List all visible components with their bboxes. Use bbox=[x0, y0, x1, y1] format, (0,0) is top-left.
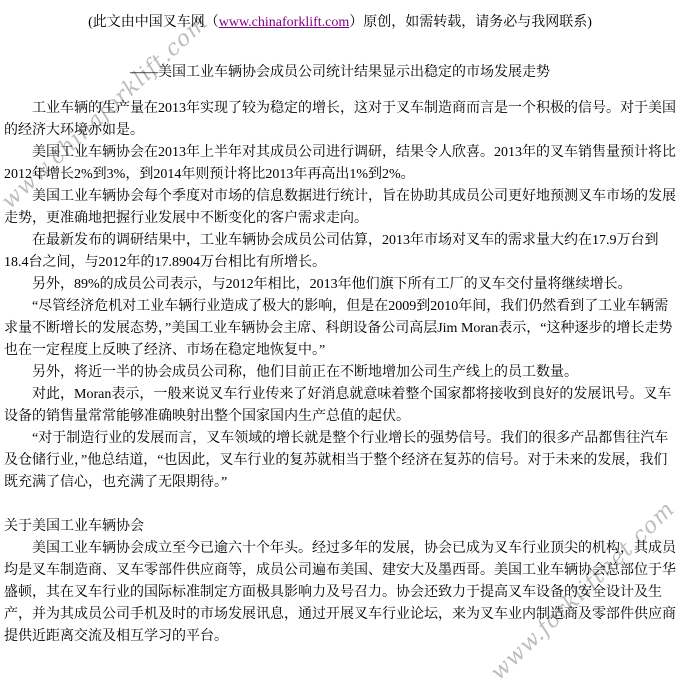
paragraph: 美国工业车辆协会在2013年上半年对其成员公司进行调研，结果令人欣喜。2013年… bbox=[4, 142, 676, 186]
paragraph: “对于制造行业的发展而言，叉车领域的增长就是整个行业增长的强势信号。我们的很多产… bbox=[4, 428, 676, 494]
paragraph: 在最新发布的调研结果中，工业车辆协会成员公司估算，2013年市场对叉车的需求量大… bbox=[4, 230, 676, 274]
source-note-prefix: (此文由中国叉车网（ bbox=[88, 15, 219, 30]
paragraph: 工业车辆的生产量在2013年实现了较为稳定的增长，这对于叉车制造商而言是一个积极… bbox=[4, 98, 676, 142]
paragraph: 美国工业车辆协会每个季度对市场的信息数据进行统计，旨在协助其成员公司更好地预测叉… bbox=[4, 186, 676, 230]
article-content: (此文由中国叉车网（www.chinaforklift.com）原创，如需转载，… bbox=[0, 0, 680, 648]
section-heading: 关于美国工业车辆协会 bbox=[4, 516, 676, 538]
paragraph: 另外，将近一半的协会成员公司称，他们目前正在不断地增加公司生产线上的员工数量。 bbox=[4, 362, 676, 384]
article-page: www.chinaforklift.com www.forkliftnet.co… bbox=[0, 0, 680, 684]
article-title: ——美国工业车辆协会成员公司统计结果显示出稳定的市场发展走势 bbox=[4, 62, 676, 84]
source-note-suffix: ）原创，如需转载，请务必与我网联系) bbox=[349, 15, 592, 30]
source-link[interactable]: www.chinaforklift.com bbox=[219, 15, 350, 30]
article-body: 工业车辆的生产量在2013年实现了较为稳定的增长，这对于叉车制造商而言是一个积极… bbox=[4, 98, 676, 494]
paragraph: 对此，Moran表示，一般来说叉车行业传来了好消息就意味着整个国家都将接收到良好… bbox=[4, 384, 676, 428]
source-note: (此文由中国叉车网（www.chinaforklift.com）原创，如需转载，… bbox=[4, 12, 676, 34]
about-paragraph: 美国工业车辆协会成立至今已逾六十个年头。经过多年的发展，协会已成为叉车行业顶尖的… bbox=[4, 538, 676, 648]
paragraph: 另外，89%的成员公司表示，与2012年相比，2013年他们旗下所有工厂的叉车交… bbox=[4, 274, 676, 296]
paragraph: “尽管经济危机对工业车辆行业造成了极大的影响，但是在2009到2010年间，我们… bbox=[4, 296, 676, 362]
